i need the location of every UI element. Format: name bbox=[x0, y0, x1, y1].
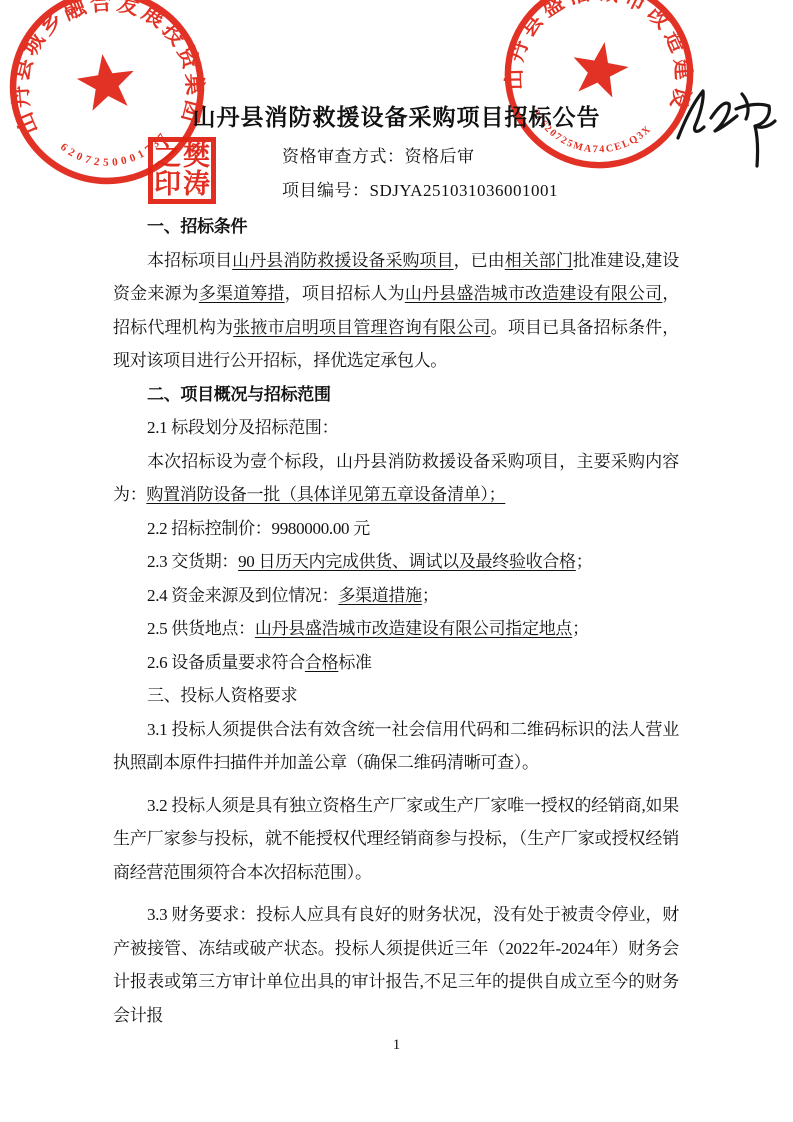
document-body: 一、招标条件 本招标项目山丹县消防救援设备采购项目，已由相关部门批准建设,建设资… bbox=[113, 210, 679, 1032]
item-2-3: 2.3 交货期：90 日历天内完成供货、调试以及最终验收合格； bbox=[113, 545, 679, 579]
seal-char: 印 bbox=[154, 171, 181, 198]
section-heading-3: 三、投标人资格要求 bbox=[113, 679, 679, 713]
project-number-label: 项目编号： bbox=[282, 181, 370, 200]
page-number: 1 bbox=[0, 1037, 793, 1054]
paragraph-tender-conditions: 本招标项目山丹县消防救援设备采购项目，已由相关部门批准建设,建设资金来源为多渠道… bbox=[113, 244, 679, 378]
document-title: 山丹县消防救援设备采购项目招标公告 bbox=[0, 99, 793, 132]
item-2-4: 2.4 资金来源及到位情况：多渠道措施； bbox=[113, 579, 679, 613]
section-heading-2: 二、项目概况与招标范围 bbox=[113, 378, 679, 412]
review-method-value: 资格后审 bbox=[405, 147, 475, 166]
item-2-6: 2.6 设备质量要求符合合格标准 bbox=[113, 646, 679, 680]
seal-char: 涛 bbox=[183, 171, 210, 198]
project-number-value: SDJYA251031036001001 bbox=[370, 181, 559, 200]
review-method-label: 资格审查方式： bbox=[282, 147, 405, 166]
document-page: 山丹县城乡融合发展投资集团有限公司 6207250001737 山丹县盛浩城市改… bbox=[0, 0, 793, 1122]
item-2-5: 2.5 供货地点：山丹县盛浩城市改造建设有限公司指定地点； bbox=[113, 612, 679, 646]
section-heading-1: 一、招标条件 bbox=[113, 210, 679, 244]
item-2-2: 2.2 招标控制价：9980000.00 元 bbox=[113, 512, 679, 546]
paragraph-scope: 本次招标设为壹个标段，山丹县消防救援设备采购项目，主要采购内容为：购置消防设备一… bbox=[113, 445, 679, 512]
star-icon bbox=[568, 37, 632, 99]
item-2-1: 2.1 标段划分及招标范围： bbox=[113, 411, 679, 445]
project-number-line: 项目编号：SDJYA251031036001001 bbox=[282, 176, 558, 201]
review-method-line: 资格审查方式：资格后审 bbox=[282, 142, 475, 167]
seal-char: 樊 bbox=[183, 143, 210, 170]
item-3-3: 3.3 财务要求：投标人应具有良好的财务状况，没有处于被责令停业，财产被接管、冻… bbox=[113, 898, 679, 1032]
item-3-1: 3.1 投标人须提供合法有效含统一社会信用代码和二维码标识的法人营业执照副本原件… bbox=[113, 713, 679, 780]
seal-char: 之 bbox=[154, 143, 181, 170]
item-3-2: 3.2 投标人须是具有独立资格生产厂家或生产厂家唯一授权的经销商,如果生产厂家参… bbox=[113, 789, 679, 890]
square-name-seal: 之 樊 印 涛 bbox=[148, 137, 216, 204]
